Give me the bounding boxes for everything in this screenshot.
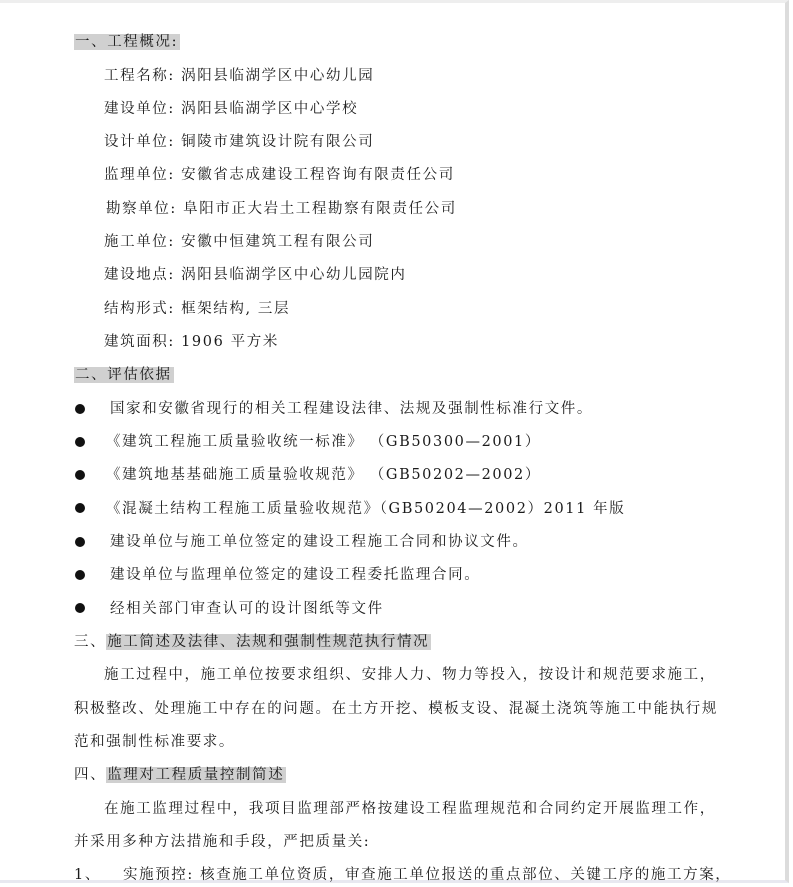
field-label: 建筑面积:: [104, 332, 175, 352]
bullet-icon: [75, 470, 85, 480]
item-number: 1、: [74, 865, 123, 885]
field-structure: 结构形式: 框架结构, 三层: [104, 299, 290, 319]
bullet-icon: [75, 537, 85, 547]
field-value: 涡阳县临湖学区中心学校: [181, 101, 358, 117]
field-owner: 建设单位: 涡阳县临湖学区中心学校: [104, 99, 358, 119]
item-text: 实施预控: 核查施工单位资质，审查施工单位报送的重点部位、关键工序的施工方案，: [123, 867, 731, 883]
section-heading-1: 一、工程概况:: [74, 32, 180, 52]
field-label: 工程名称:: [104, 66, 175, 86]
paragraph-line: 在施工监理过程中，我项目监理部严格按建设工程监理规范和合同约定开展监理工作，: [104, 799, 716, 819]
section-heading-3: 三、施工简述及法律、法规和强制性规范执行情况: [74, 632, 431, 652]
basis-item: 《建筑工程施工质量验收统一标准》 （GB50300—2001）: [106, 432, 541, 452]
basis-item: 经相关部门审查认可的设计图纸等文件: [110, 599, 384, 619]
field-label: 勘察单位:: [106, 199, 177, 219]
field-contractor: 施工单位: 安徽中恒建筑工程有限公司: [104, 232, 374, 252]
section-title: 工程概况:: [107, 34, 178, 50]
field-label: 监理单位:: [104, 165, 175, 185]
field-label: 结构形式:: [104, 299, 175, 319]
field-value: 安徽省志成建设工程咨询有限责任公司: [181, 167, 455, 183]
basis-item: 建设单位与监理单位签定的建设工程委托监理合同。: [110, 565, 480, 585]
field-label: 建设单位:: [104, 99, 175, 119]
field-label: 施工单位:: [104, 232, 175, 252]
field-value: 框架结构, 三层: [181, 301, 290, 317]
section-title: 施工简述及法律、法规和强制性规范执行情况: [106, 634, 431, 650]
section-number: 四、: [74, 767, 106, 783]
field-area: 建筑面积: 1906 平方米: [104, 332, 279, 352]
section-number: 三、: [74, 634, 106, 650]
field-value: 阜阳市正大岩土工程勘察有限责任公司: [183, 201, 457, 217]
field-location: 建设地点: 涡阳县临湖学区中心幼儿园院内: [104, 265, 407, 285]
bullet-icon: [75, 437, 85, 447]
section-heading-4: 四、监理对工程质量控制简述: [74, 765, 286, 785]
field-label: 设计单位:: [104, 132, 175, 152]
bullet-icon: [75, 570, 85, 580]
basis-item: 《混凝土结构工程施工质量验收规范》（GB50204—2002）2011 年版: [106, 499, 625, 519]
field-value: 1906 平方米: [181, 334, 279, 350]
field-supervisor: 监理单位: 安徽省志成建设工程咨询有限责任公司: [104, 165, 455, 185]
numbered-item: 1、实施预控: 核查施工单位资质，审查施工单位报送的重点部位、关键工序的施工方案…: [74, 865, 731, 885]
section-number: 二、: [75, 367, 107, 383]
section-heading-2: 二、评估依据: [74, 365, 174, 385]
field-value: 涡阳县临湖学区中心幼儿园: [181, 68, 374, 84]
field-designer: 设计单位: 铜陵市建筑设计院有限公司: [104, 132, 374, 152]
basis-item: 建设单位与施工单位签定的建设工程施工合同和协议文件。: [110, 532, 529, 552]
paragraph-line: 并采用多种方法措施和手段，严把质量关:: [74, 832, 370, 852]
paragraph-line: 积极整改、处理施工中存在的问题。在土方开挖、模板支设、混凝土浇筑等施工中能执行规: [74, 699, 718, 719]
field-value: 铜陵市建筑设计院有限公司: [181, 134, 374, 150]
paragraph-line: 施工过程中，施工单位按要求组织、安排人力、物力等投入，按设计和规范要求施工，: [104, 665, 716, 685]
basis-item: 国家和安徽省现行的相关工程建设法律、法规及强制性标准行文件。: [110, 399, 593, 419]
basis-item: 《建筑地基基础施工质量验收规范》 （GB50202—2002）: [106, 465, 541, 485]
field-project-name: 工程名称: 涡阳县临湖学区中心幼儿园: [104, 66, 374, 86]
field-surveyor: 勘察单位: 阜阳市正大岩土工程勘察有限责任公司: [106, 199, 457, 219]
paragraph-line: 范和强制性标准要求。: [74, 732, 235, 752]
bullet-icon: [75, 404, 85, 414]
field-value: 安徽中恒建筑工程有限公司: [181, 234, 374, 250]
section-number: 一、: [75, 34, 107, 50]
section-title: 监理对工程质量控制简述: [106, 767, 286, 783]
section-title: 评估依据: [107, 367, 171, 383]
field-label: 建设地点:: [104, 265, 175, 285]
bullet-icon: [75, 603, 85, 613]
field-value: 涡阳县临湖学区中心幼儿园院内: [181, 267, 406, 283]
bullet-icon: [75, 503, 85, 513]
document-page: 一、工程概况: 工程名称: 涡阳县临湖学区中心幼儿园 建设单位: 涡阳县临湖学区…: [0, 0, 789, 883]
